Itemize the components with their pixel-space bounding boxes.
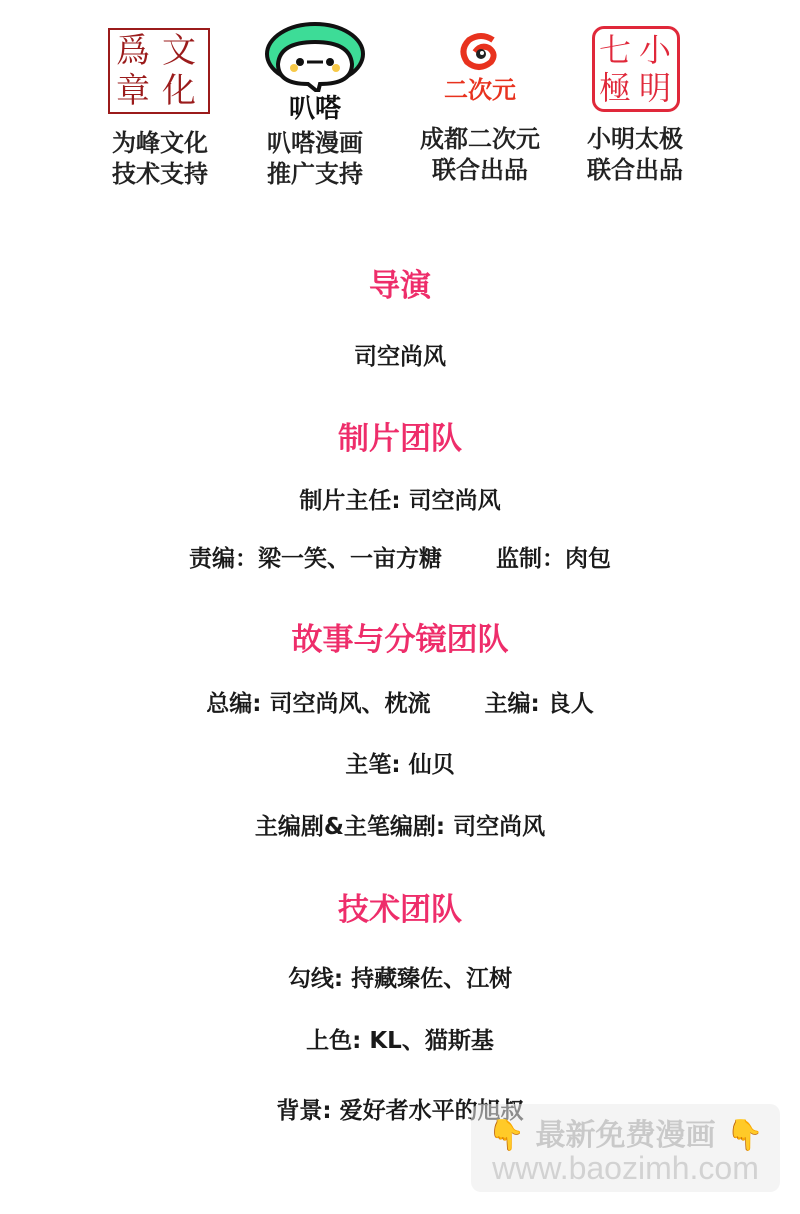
credit-line: 司空尚风: [0, 338, 800, 371]
seal-char: 章: [116, 72, 150, 110]
bada-wordmark: 叭嗒: [255, 88, 375, 125]
bada-mascot-icon: [260, 20, 370, 92]
logo-caption: 联合出品: [565, 155, 705, 186]
seal-char: 明: [639, 69, 671, 107]
seal-char: 化: [162, 72, 196, 110]
erciyuan-swirl-icon: [455, 32, 505, 72]
section-heading-director: 导演: [0, 260, 800, 305]
weifeng-seal-icon: 爲 文 章 化: [108, 28, 210, 114]
credit-line: 责编：梁一笑、一亩方糖 监制：肉包: [0, 540, 800, 573]
logo-caption: 技术支持: [90, 159, 230, 190]
logo-caption: 推广支持: [245, 159, 385, 190]
watermark-title-row: 👇 最新免费漫画 👇: [471, 1110, 780, 1154]
pointing-down-hand-icon: 👇: [726, 1118, 763, 1153]
credit-line: 主编剧&主笔编剧: 司空尚风: [0, 808, 800, 841]
seal-char: 七: [599, 31, 631, 69]
credit-line: 主笔: 仙贝: [0, 746, 800, 779]
section-heading-story: 故事与分镜团队: [0, 614, 800, 659]
logo-caption: 联合出品: [410, 155, 550, 186]
logo-caption: 成都二次元: [410, 124, 550, 155]
erciyuan-wordmark: 二次元: [410, 70, 550, 105]
section-heading-tech: 技术团队: [0, 884, 800, 929]
pointing-down-hand-icon: 👇: [488, 1118, 525, 1153]
credits-logos: 爲 文 章 化 为峰文化 技术支持 叭嗒 叭嗒漫画 推广支持 二次元: [0, 0, 800, 200]
section-heading-production: 制片团队: [0, 413, 800, 458]
seal-char: 文: [162, 32, 196, 70]
credit-line: 上色: KL、猫斯基: [0, 1022, 800, 1055]
seal-char: 爲: [116, 32, 150, 70]
logo-caption: 小明太极: [565, 124, 705, 155]
logo-caption: 叭嗒漫画: [245, 128, 385, 159]
xiaoming-seal-icon: 七 小 極 明: [592, 26, 680, 112]
credit-line: 制片主任: 司空尚风: [0, 482, 800, 515]
logo-caption: 为峰文化: [90, 128, 230, 159]
credit-line: 勾线: 持藏臻佐、江树: [0, 960, 800, 993]
seal-char: 小: [639, 31, 671, 69]
watermark-url[interactable]: www.baozimh.com: [471, 1150, 780, 1187]
watermark-banner[interactable]: 👇 最新免费漫画 👇 www.baozimh.com: [471, 1104, 780, 1192]
credit-line: 总编: 司空尚风、枕流 主编: 良人: [0, 685, 800, 718]
watermark-title: 最新免费漫画: [536, 1118, 716, 1153]
seal-char: 極: [599, 69, 631, 107]
